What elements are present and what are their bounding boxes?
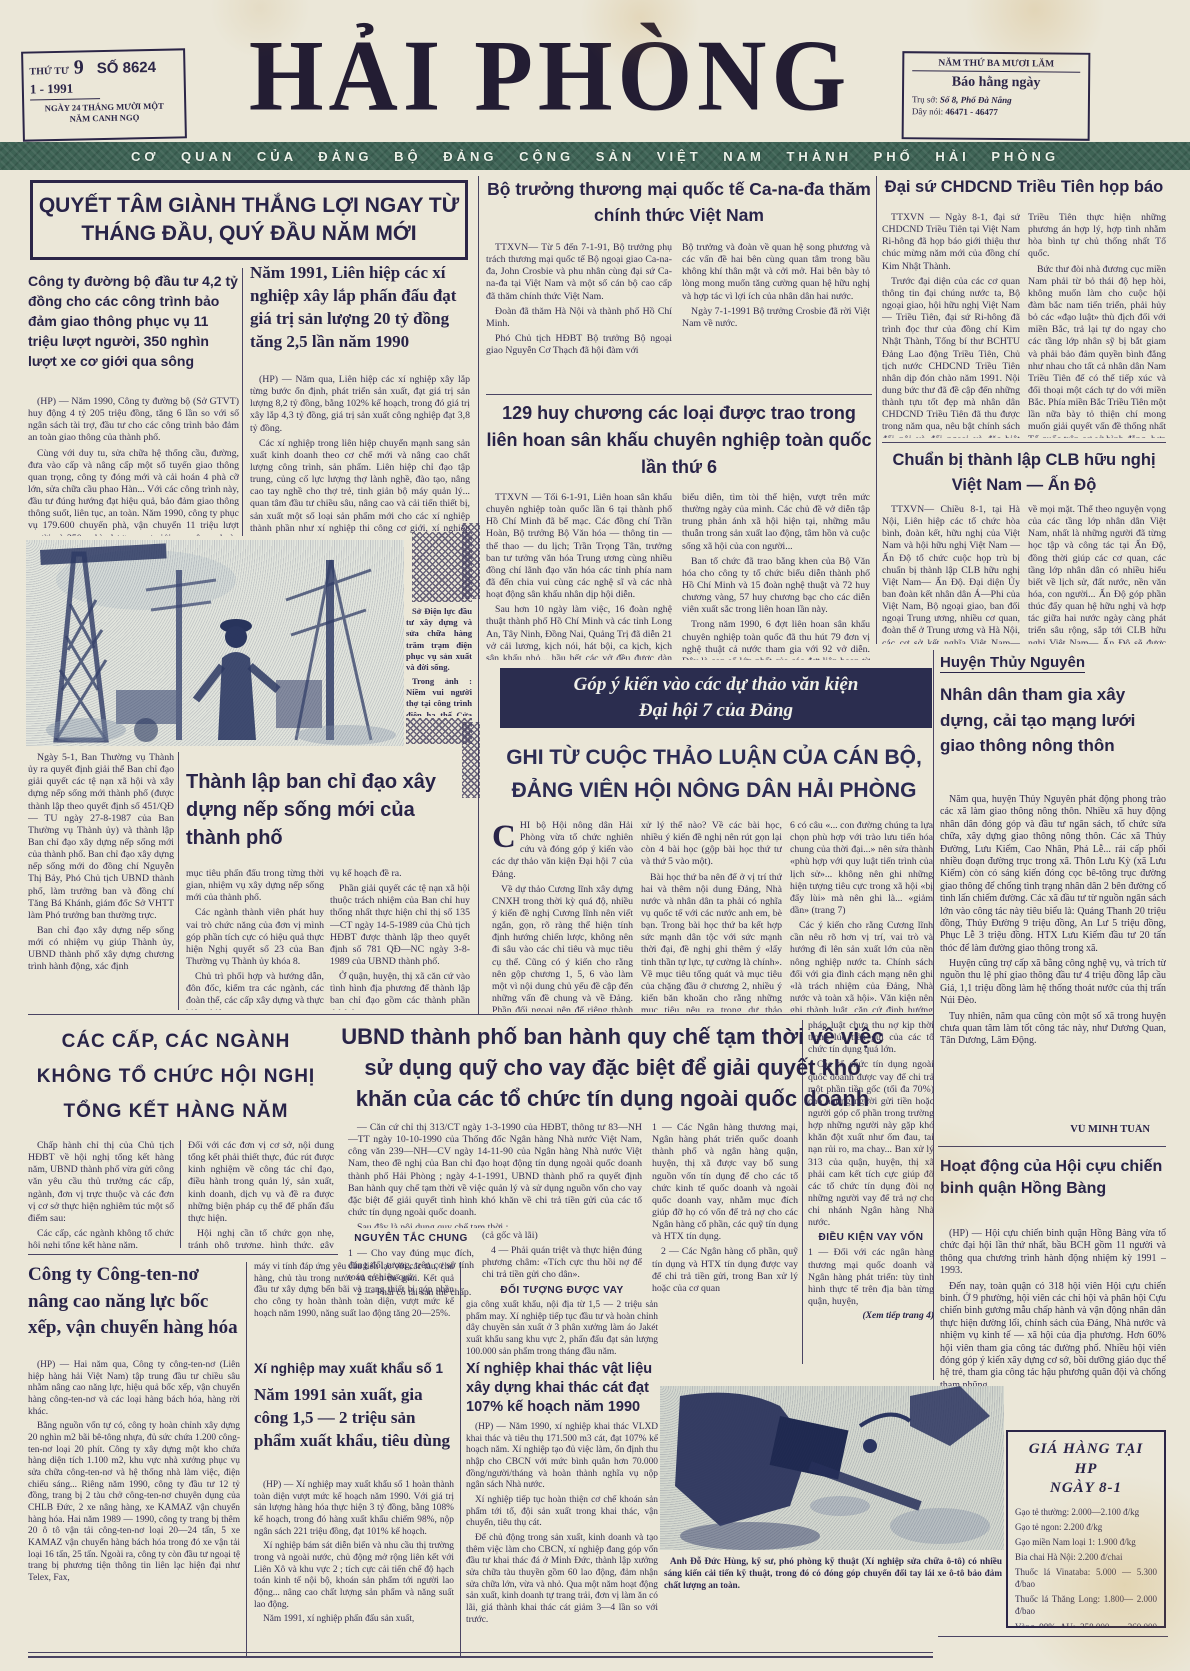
article-canada-col1: TTXVN— Từ 5 đến 7-1-91, Bộ trưởng phụ tr… <box>486 242 672 390</box>
paragraph: Gạo tẻ thường: 2.000—2.100 đ/kg <box>1015 1506 1157 1518</box>
paragraph: Ngày 7-1-1991 Bộ trưởng Crosbie đã rời V… <box>682 306 870 330</box>
publisher-info-box: NĂM THỨ BA MƯƠI LĂM Báo hằng ngày Trụ sở… <box>902 51 1091 141</box>
paragraph: Năm qua, huyện Thủy Nguyên phát động pho… <box>940 794 1166 955</box>
paragraph: (HP) — Năm qua, Liên hiệp các xí nghiệp … <box>250 374 470 435</box>
weekday-label: THỨ TƯ <box>29 66 69 78</box>
paragraph: 1 — Các Ngân hàng thương mại, Ngân hàng … <box>652 1122 798 1243</box>
paragraph: Phó Chủ tịch HĐBT Bộ trưởng Bộ ngoại gia… <box>486 333 672 357</box>
paragraph: TTXVN— Chiều 8-1, tại Hà Nội, Liên hiệp … <box>882 504 1020 644</box>
info-daily: Báo hằng ngày <box>912 74 1080 91</box>
article-cong-ten-no-body: (HP) — Hai năm qua, Công ty công-ten-nơ … <box>28 1360 240 1648</box>
paragraph: Bài học thứ ba nên để ở vị trí thứ hai v… <box>641 872 782 1012</box>
paragraphs: pháp luật chưa thu nợ kịp thời trong lúc… <box>808 1020 934 1229</box>
article-huy-chuong-col1: TTXVN — Tối 6-1-91, Liên hoan sân khấu c… <box>486 492 672 660</box>
party-organ-banner: CƠ QUAN CỦA ĐẢNG BỘ ĐẢNG CỘNG SẢN VIỆT N… <box>0 142 1190 170</box>
address-value: Số 8, Phố Đà Nẵng <box>940 95 1012 106</box>
paragraph: Gạo tẻ ngon: 2.200 đ/kg <box>1015 1521 1157 1533</box>
article-cac-cap-col1: Chấp hành chỉ thị của Chủ tịch HĐBT về h… <box>28 1140 174 1248</box>
headline: Nhân dân tham gia xây dựng, cải tạo mạng… <box>940 682 1168 759</box>
paragraph: máy vi tính đáp ứng yêu cầu liên lạc với… <box>254 1262 454 1320</box>
paragraphs: 6 có câu «... con đường chúng ta lựa chọ… <box>790 820 933 1012</box>
paragraph: Vàng 98% AU: 358.000 — 360.000 đ/chỉ. <box>1015 1621 1157 1628</box>
paragraph: Đoàn đã thăm Hà Nội và thành phố Hồ Chí … <box>486 306 672 330</box>
paragraph: Bia chai Hà Nội: 2.200 đ/chai <box>1015 1551 1157 1563</box>
article-canada-col2: Bộ trưởng và đoàn về quan hệ song phương… <box>682 242 870 390</box>
article-thanh-lap-intro: Ngày 5-1, Ban Thường vụ Thành ủy ra quyế… <box>28 752 174 1010</box>
issue-date-box: THỨ TƯ 9 SỐ 8624 1 - 1991 NGÀY 24 THÁNG … <box>21 48 187 141</box>
paragraph: Các ý kiến cho rằng Cương lĩnh cần nêu r… <box>790 920 933 1012</box>
headline: Bộ trưởng thương mại quốc tế Ca-na-đa th… <box>486 176 872 229</box>
article-trieu-tien-col2: Triều Tiên thực hiện những phương án hợp… <box>1028 212 1166 438</box>
headline: Công ty Công-ten-nơ nâng cao năng lực bố… <box>28 1262 240 1342</box>
paragraph: (cả gốc và lãi) <box>482 1230 642 1242</box>
article-quyet-tam-headline-box: QUYẾT TÂM GIÀNH THẮNG LỢI NGAY TỪ THÁNG … <box>30 180 468 260</box>
photo1-caption: Sở Điện lực đầu tư xây dựng và sửa chữa … <box>406 606 472 716</box>
paragraphs: (cả gốc và lãi)4 — Phải quán triệt và th… <box>482 1230 642 1282</box>
headline: Chuẩn bị thành lập CLB hữu nghị Việt Nam… <box>882 448 1166 498</box>
paragraph: Đến nay, toàn quận có 318 hội viên Hội c… <box>940 1281 1166 1393</box>
banner-line2: Đại hội 7 của Đảng <box>500 698 932 724</box>
paragraph: Tuy nhiên, năm qua cũng còn một số xã tr… <box>940 1011 1166 1048</box>
masthead-title: HẢI PHÒNG <box>200 23 900 142</box>
subheadline: Công ty đường bộ đầu tư 4,2 tỷ đồng cho … <box>28 272 239 371</box>
paragraphs: 1 — Đối với các ngân hàng thương mại quố… <box>808 1247 934 1308</box>
paragraph: (HP) — Hội cựu chiến binh quận Hồng Bàng… <box>940 1228 1166 1278</box>
paragraph: Xí nghiệp tiếp tục hoàn thiện cơ chế kho… <box>466 1495 658 1530</box>
section-rule <box>882 442 1166 443</box>
byline: VŨ MINH TUẤN <box>940 1124 1150 1140</box>
newspaper-front-page: THỨ TƯ 9 SỐ 8624 1 - 1991 NGÀY 24 THÁNG … <box>0 0 1190 1671</box>
phone-value: 46471 - 46477 <box>945 107 998 117</box>
article-ghi-tu-col1: CHI bộ Hội nông dân Hải Phòng vừa tổ chứ… <box>492 820 633 1012</box>
article-clb-col2: về mọi mặt. Thể theo nguyện vọng của các… <box>1028 504 1166 644</box>
article-ubnd-col-d: pháp luật chưa thu nợ kịp thời trong lúc… <box>808 1020 934 1366</box>
paragraph: Trong năm 1990, 6 đợt liên hoan sân khấu… <box>682 619 870 660</box>
price-list-box: GIÁ HÀNG TẠI HP NGÀY 8-1 Gạo tẻ thường: … <box>1006 1430 1166 1628</box>
section-rule <box>28 1254 338 1255</box>
dropcap: C <box>492 823 516 851</box>
article-xn-khai-thac-headline: Xí nghiệp khai thác vật liệu xây dựng kh… <box>466 1360 658 1418</box>
paragraph: Trong ảnh : Niềm vui người thợ tại công … <box>406 676 472 716</box>
article-clb-col1: TTXVN— Chiều 8-1, tại Hà Nội, Liên hiệp … <box>882 504 1020 644</box>
paragraph: Về dự thảo Cương lĩnh xây dựng CNXH tron… <box>492 884 633 1012</box>
paragraph: Cùng với duy tu, sửa chữa hệ thống cầu, … <box>28 448 239 536</box>
paragraph: (HP) — Xí nghiệp may xuất khẩu số 1 hoàn… <box>254 1480 454 1538</box>
paragraph: Ban tổ chức đã trao bằng khen của Bộ Văn… <box>682 556 870 617</box>
paragraph: Các tổ chức tín dụng ngoài quốc doanh đư… <box>808 1059 934 1229</box>
article-thanh-lap-headline: Thành lập ban chỉ đạo xây dựng nếp sống … <box>186 768 470 862</box>
article-xn-khai-thac-body: (HP) — Năm 1990, xí nghiệp khai thác VLX… <box>466 1422 658 1648</box>
article-canada-headline: Bộ trưởng thương mại quốc tế Ca-na-đa th… <box>486 176 872 236</box>
paragraph: Ngày 5-1, Ban Thường vụ Thành ủy ra quyế… <box>28 752 174 922</box>
article-quyet-tam-body-right: (HP) — Năm qua, Liên hiệp các xí nghiệp … <box>250 374 470 536</box>
article-trieu-tien-headline: Đại sứ CHDCND Triều Tiên họp báo <box>882 178 1166 206</box>
article-xn-may-body: (HP) — Xí nghiệp may xuất khẩu số 1 hoàn… <box>254 1480 454 1648</box>
article-ccb-headline: Hoạt động của Hội cựu chiến binh quận Hồ… <box>940 1156 1168 1222</box>
article-trieu-tien-col1: TTXVN — Ngày 8-1, đại sứ CHDCND Triều Ti… <box>882 212 1020 438</box>
article-ghi-tu-headline: GHI TỪ CUỘC THẢO LUẬN CỦA CÁN BỘ,ĐẢNG VI… <box>492 742 936 814</box>
banner-text: CƠ QUAN CỦA ĐẢNG BỘ ĐẢNG CỘNG SẢN VIỆT N… <box>131 149 1059 164</box>
headline: Thành lập ban chỉ đạo xây dựng nếp sống … <box>186 768 470 852</box>
section-rule <box>938 1146 1166 1147</box>
gop-y-kien-banner: Góp ý kiến vào các dự thảo văn kiện Đại … <box>500 668 932 728</box>
paragraph: xử lý thế nào? Về các bài học, nhiều ý k… <box>641 820 782 869</box>
photo-engineer <box>660 1386 1004 1550</box>
price-box-title1: GIÁ HÀNG TẠI HP <box>1015 1440 1157 1479</box>
paragraph: vụ kế hoạch đề ra. <box>330 868 470 880</box>
paragraph: 2 — Các Ngân hàng cổ phần, quỹ tín dụng … <box>652 1246 798 1295</box>
bottom-rule <box>28 1656 933 1658</box>
paragraph: Đối với các đơn vị cơ sở, nội dung tổng … <box>188 1140 334 1225</box>
headline: CÁC CẤP, CÁC NGÀNHKHÔNG TỔ CHỨC HỘI NGHỊ… <box>30 1024 322 1129</box>
info-year: NĂM THỨ BA MƯƠI LĂM <box>912 58 1080 72</box>
headline: Hoạt động của Hội cựu chiến binh quận Hồ… <box>940 1156 1168 1199</box>
article-huy-chuong-col2: biểu diễn, tìm tòi thể hiện, vượt trên m… <box>682 492 870 660</box>
article-cong-ten-no-headline: Công ty Công-ten-nơ nâng cao năng lực bố… <box>28 1262 240 1356</box>
paragraph: (HP) — Năm 1990, Công ty đường bộ (Sở GT… <box>28 396 239 445</box>
section-rule <box>938 1636 1168 1637</box>
headline: 129 huy chương các loại được trao trong … <box>486 400 872 481</box>
article-ghi-tu-col2: xử lý thế nào? Về các bài học, nhiều ý k… <box>641 820 782 1012</box>
article-xn-may-kicker: Xí nghiệp may xuất khẩu số 1 <box>254 1360 454 1380</box>
paragraph: TTXVN — Ngày 8-1, đại sứ CHDCND Triều Ti… <box>882 212 1020 273</box>
paragraph: Để chủ động trong sản xuất, kinh doanh v… <box>466 1533 658 1626</box>
paragraph: Ở quận, huyện, thị xã căn cứ vào tình hì… <box>330 971 470 1010</box>
month-year: 1 - 1991 <box>30 79 100 100</box>
article-clb-headline: Chuẩn bị thành lập CLB hữu nghị Việt Nam… <box>882 448 1166 500</box>
issue-number: SỐ 8624 <box>97 59 157 77</box>
paragraph: Sở Điện lực đầu tư xây dựng và sửa chữa … <box>406 606 472 673</box>
kicker: Huyện Thủy Nguyên <box>940 654 1085 673</box>
paragraph: biểu diễn, tìm tòi thể hiện, vượt trên m… <box>682 492 870 553</box>
paragraph: Các ngành thành viên phát huy vai trò ch… <box>186 907 324 968</box>
paragraph: Chấp hành chỉ thị của Chủ tịch HĐBT về h… <box>28 1140 174 1225</box>
headline: Xí nghiệp khai thác vật liệu xây dựng kh… <box>466 1360 658 1417</box>
article-quyet-tam-body-left: (HP) — Năm 1990, Công ty đường bộ (Sở GT… <box>28 396 239 536</box>
paragraph: Các cấp, các ngành không tổ chức hội ngh… <box>28 1228 174 1248</box>
headline: QUYẾT TÂM GIÀNH THẮNG LỢI NGAY TỪ THÁNG … <box>33 192 465 249</box>
photo2-caption: Anh Đỗ Đức Hùng, kỹ sư, phó phòng kỹ thu… <box>664 1556 1002 1620</box>
paragraph: Anh Đỗ Đức Hùng, kỹ sư, phó phòng kỹ thu… <box>664 1556 1002 1592</box>
paragraph: 1 — Đối với các ngân hàng thương mại quố… <box>808 1247 934 1308</box>
paragraph: Sau đây là nội dung quy chế tạm thời : <box>348 1222 642 1228</box>
paragraph: Ban chỉ đạo xây dựng nếp sống mới có nhi… <box>28 925 174 974</box>
paragraph: pháp luật chưa thu nợ kịp thời trong lúc… <box>808 1020 934 1056</box>
paragraph: TTXVN — Tối 6-1-91, Liên hoan sân khấu c… <box>486 492 672 601</box>
section-rule <box>486 394 872 395</box>
continued-note: (Xem tiếp trang 4) <box>808 1311 934 1321</box>
paragraph: Năm 1991, xí nghiệp phấn đấu sản xuất, <box>254 1614 454 1626</box>
paragraph: gia công xuất khẩu, nội địa từ 1,5 — 2 t… <box>466 1300 658 1358</box>
bottom-rule <box>28 1652 933 1653</box>
article-xn-may-headline: Năm 1991 sản xuất, gia công 1,5 — 2 triệ… <box>254 1384 454 1476</box>
paragraph: Bằng nguồn vốn tự có, công ty hoàn chỉnh… <box>28 1421 240 1584</box>
column-rule <box>460 1262 461 1658</box>
paragraph: Triều Tiên thực hiện những phương án hợp… <box>1028 212 1166 261</box>
article-quyet-tam-subhead-left: Công ty đường bộ đầu tư 4,2 tỷ đồng cho … <box>28 272 239 392</box>
article-huy-chuong-headline: 129 huy chương các loại được trao trong … <box>486 400 872 486</box>
paragraph: Hội nghị cần tổ chức gọn nhẹ, tránh phô … <box>188 1228 334 1248</box>
section-title: NGUYÊN TẮC CHUNG <box>348 1233 474 1245</box>
section-title: ĐỐI TƯỢNG ĐƯỢC VAY <box>482 1285 642 1297</box>
paragraph: — Căn cứ chỉ thị 313/CT ngày 1-3-1990 củ… <box>348 1122 642 1219</box>
column-rule <box>178 752 179 1010</box>
headline: UBND thành phố ban hành quy chế tạm thời… <box>340 1022 885 1114</box>
paragraph: Xí nghiệp bám sát diễn biến và nhu cầu t… <box>254 1541 454 1611</box>
section-title: ĐIỀU KIỆN VAY VỐN <box>808 1232 934 1244</box>
column-rule <box>242 268 243 536</box>
article-xn-may-continuation: gia công xuất khẩu, nội địa từ 1,5 — 2 t… <box>466 1300 658 1358</box>
photo-electric-workers <box>26 540 404 746</box>
article-ubnd-intro: — Căn cứ chỉ thị 313/CT ngày 1-3-1990 củ… <box>348 1122 642 1228</box>
paragraph: Phần giải quyết các tệ nạn xã hội thuộc … <box>330 883 470 968</box>
paragraph: TTXVN— Từ 5 đến 7-1-91, Bộ trưởng phụ tr… <box>486 242 672 303</box>
article-thuy-nguyen-headline: Nhân dân tham gia xây dựng, cải tạo mạng… <box>940 682 1168 788</box>
paragraph: 4 — Phải quán triệt và thực hiện đúng ph… <box>482 1245 642 1281</box>
banner-line1: Góp ý kiến vào các dự thảo văn kiện <box>500 672 932 698</box>
paragraph: Huyện cũng trợ cấp xã bằng công nghệ vụ,… <box>940 958 1166 1008</box>
article-thuy-nguyen-body: Năm qua, huyện Thủy Nguyên phát động pho… <box>940 794 1166 1122</box>
paragraph: Gạo miền Nam loại 1: 1.900 đ/kg <box>1015 1536 1157 1548</box>
headline: Đại sứ CHDCND Triều Tiên họp báo <box>882 178 1166 197</box>
article-quyet-tam-subhead-right: Năm 1991, Liên hiệp các xí nghiệp xây lắ… <box>250 262 470 372</box>
column-rule <box>180 1140 181 1248</box>
paragraph: Các xí nghiệp trong liên hiệp chuyển mạn… <box>250 438 470 536</box>
price-items: Gạo tẻ thường: 2.000—2.100 đ/kgGạo tẻ ng… <box>1015 1506 1157 1629</box>
paragraphs: Về dự thảo Cương lĩnh xây dựng CNXH tron… <box>492 884 633 1012</box>
article-cac-cap-headline: CÁC CẤP, CÁC NGÀNHKHÔNG TỔ CHỨC HỘI NGHỊ… <box>30 1024 322 1136</box>
weekday-number: 9 <box>74 56 84 79</box>
article-cong-ten-no-continuation: máy vi tính đáp ứng yêu cầu liên lạc với… <box>254 1262 454 1356</box>
article-thanh-lap-col2: vụ kế hoạch đề ra.Phần giải quyết các tệ… <box>330 868 470 1010</box>
paragraph: (HP) — Năm 1990, xí nghiệp khai thác VLX… <box>466 1422 658 1492</box>
price-box-title2: NGÀY 8-1 <box>1015 1479 1157 1499</box>
phone-label: Dây nói: <box>912 106 943 116</box>
headline: GHI TỪ CUỘC THẢO LUẬN CỦA CÁN BỘ,ĐẢNG VI… <box>492 742 936 807</box>
section-rule <box>28 1014 933 1015</box>
paragraph: Thuốc lá Vinataba: 5.000 — 5.300 đ/bao <box>1015 1566 1157 1590</box>
article-ubnd-col-b: (cả gốc và lãi)4 — Phải quán triệt và th… <box>482 1230 642 1300</box>
paragraph: 6 có câu «... con đường chúng ta lựa chọ… <box>790 820 933 917</box>
kicker: Xí nghiệp may xuất khẩu số 1 <box>254 1361 443 1376</box>
address-label: Trụ sở: <box>912 94 938 104</box>
article-thuy-nguyen-kicker: Huyện Thủy Nguyên <box>940 654 1168 676</box>
column-rule <box>246 1262 247 1658</box>
paragraph: (HP) — Hai năm qua, Công ty công-ten-nơ … <box>28 1360 240 1418</box>
paragraph: về mọi mặt. Thể theo nguyện vọng của các… <box>1028 504 1166 644</box>
article-ghi-tu-col3: 6 có câu «... con đường chúng ta lựa chọ… <box>790 820 933 1012</box>
column-rule <box>876 176 877 644</box>
paragraph: Bức thư đòi nhà đương cục miền Nam phải … <box>1028 264 1166 438</box>
article-ubnd-col-c: 1 — Các Ngân hàng thương mại, Ngân hàng … <box>652 1122 798 1300</box>
paragraph: mục tiêu phấn đấu trong từng thời gian, … <box>186 868 324 904</box>
headline: Năm 1991 sản xuất, gia công 1,5 — 2 triệ… <box>254 1384 454 1453</box>
paragraph: Thuốc lá Thăng Long: 1.800— 2.000 đ/bao <box>1015 1593 1157 1617</box>
paragraph: Sau hơn 10 ngày làm việc, 16 đoàn nghệ t… <box>486 604 672 660</box>
paragraph: Chủ trì phối hợp và hướng dẫn, đôn đốc, … <box>186 971 324 1010</box>
subheadline: Năm 1991, Liên hiệp các xí nghiệp xây lắ… <box>250 262 470 354</box>
paragraph: Bộ trưởng và đoàn về quan hệ song phương… <box>682 242 870 303</box>
article-ubnd-headline: UBND thành phố ban hành quy chế tạm thời… <box>340 1022 885 1116</box>
article-cac-cap-col2: Đối với các đơn vị cơ sở, nội dung tổng … <box>188 1140 334 1248</box>
article-thanh-lap-col1: mục tiêu phấn đấu trong từng thời gian, … <box>186 868 324 1010</box>
paragraph: Trước đại diện của các cơ quan thông tin… <box>882 276 1020 438</box>
